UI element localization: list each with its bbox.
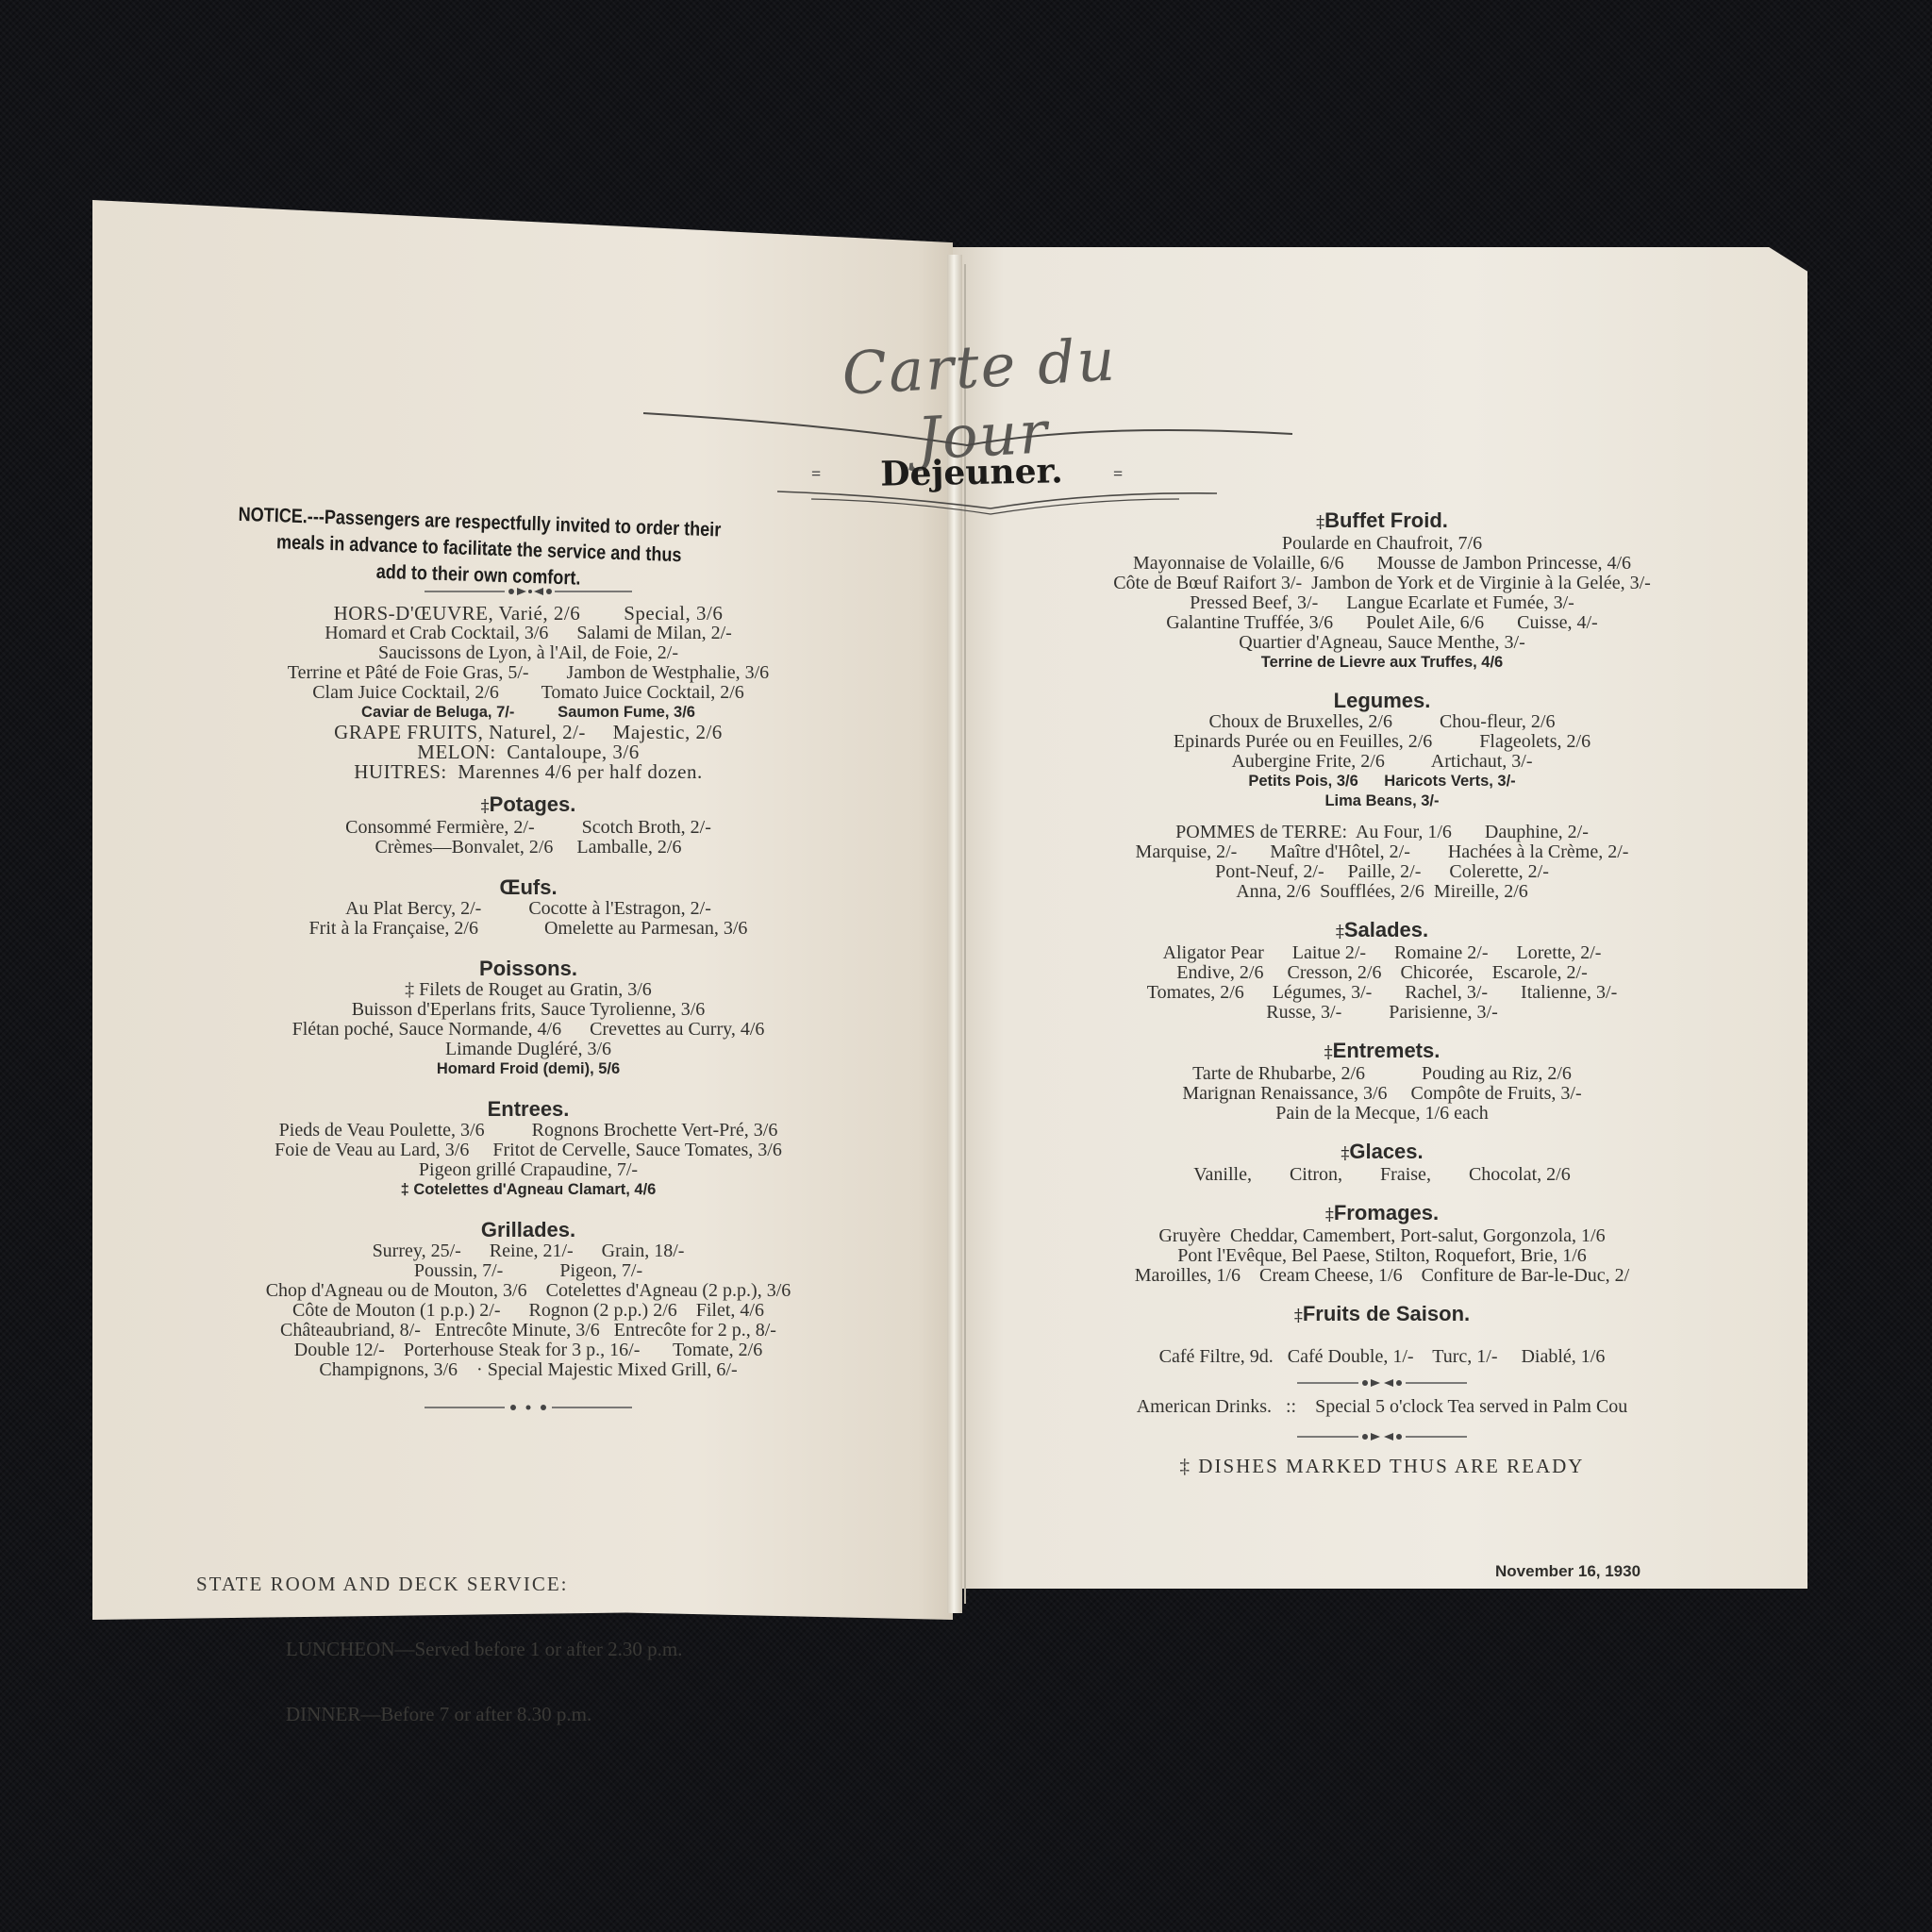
menu-section: ‡Entremets.Tarte de Rhubarbe, 2/6 Poudin…	[1057, 1040, 1707, 1124]
right-column: ‡Buffet Froid.Poularde en Chaufroit, 7/6…	[1057, 498, 1707, 1476]
section-heading: Grillades.	[184, 1219, 873, 1241]
service-luncheon: LUNCHEON—Served before 1 or after 2.30 p…	[196, 1639, 682, 1660]
section-heading: ‡Entremets.	[1057, 1040, 1707, 1064]
menu-section: ‡Salades.Aligator Pear Laitue 2/- Romain…	[1057, 919, 1707, 1023]
menu-item-line	[1057, 1327, 1707, 1347]
service-hours: STATE ROOM AND DECK SERVICE: LUNCHEON—Se…	[196, 1530, 682, 1747]
section-heading: ‡Potages.	[184, 793, 873, 818]
section-title: Fromages.	[1334, 1201, 1439, 1224]
section-title: Potages.	[490, 792, 576, 816]
service-heading: STATE ROOM AND DECK SERVICE:	[196, 1574, 682, 1595]
section-title: Salades.	[1344, 918, 1428, 941]
menu-item-line: Limande Dugléré, 3/6	[184, 1040, 873, 1059]
menu-item-line: Pont l'Evêque, Bel Paese, Stilton, Roque…	[1057, 1246, 1707, 1266]
menu-item-line: Aligator Pear Laitue 2/- Romaine 2/- Lor…	[1057, 943, 1707, 963]
menu-item-line: HUITRES: Marennes 4/6 per half dozen.	[184, 762, 873, 782]
ready-marker-icon: ‡	[1325, 1205, 1334, 1224]
menu-item-line: Anna, 2/6 Soufflées, 2/6 Mireille, 2/6	[1057, 882, 1707, 902]
menu-item-line: Caviar de Beluga, 7/- Saumon Fume, 3/6	[184, 703, 873, 723]
section-heading: Entrees.	[184, 1098, 873, 1121]
menu-item-line: Maroilles, 1/6 Cream Cheese, 1/6 Confitu…	[1057, 1266, 1707, 1286]
menu-section: Œufs.Au Plat Bercy, 2/- Cocotte à l'Estr…	[184, 876, 873, 939]
service-dinner: DINNER—Before 7 or after 8.30 p.m.	[196, 1704, 682, 1725]
menu-item-line: Choux de Bruxelles, 2/6 Chou-fleur, 2/6	[1057, 712, 1707, 732]
menu-section: ‡Potages.Consommé Fermière, 2/- Scotch B…	[184, 793, 873, 858]
menu-item-line: Double 12/- Porterhouse Steak for 3 p., …	[184, 1341, 873, 1360]
menu-item-line: Pieds de Veau Poulette, 3/6 Rognons Broc…	[184, 1121, 873, 1141]
menu-item-line: Pain de la Mecque, 1/6 each	[1057, 1104, 1707, 1124]
section-heading: ‡Fruits de Saison.	[1057, 1303, 1707, 1327]
section-title: Entrees.	[488, 1097, 570, 1121]
section-heading: ‡Fromages.	[1057, 1202, 1707, 1226]
menu-section: Poissons.‡ Filets de Rouget au Gratin, 3…	[184, 958, 873, 1079]
section-title: Glaces.	[1349, 1140, 1423, 1163]
menu-item-line: Lima Beans, 3/-	[1057, 791, 1707, 811]
menu-item-line: Endive, 2/6 Cresson, 2/6 Chicorée, Escar…	[1057, 963, 1707, 983]
menu-item-line: Buisson d'Eperlans frits, Sauce Tyrolien…	[184, 1000, 873, 1020]
notice: NOTICE.---Passengers are respectfully in…	[182, 500, 776, 598]
ready-marker-icon: ‡	[1316, 512, 1324, 532]
section-heading: ‡Buffet Froid.	[1057, 509, 1707, 534]
ready-marker-icon: ‡	[481, 796, 490, 816]
menu-item-line: Café Filtre, 9d. Café Double, 1/- Turc, …	[1057, 1347, 1707, 1367]
menu-item-line: MELON: Cantaloupe, 3/6	[184, 742, 873, 762]
menu-item-line: Petits Pois, 3/6 Haricots Verts, 3/-	[1057, 772, 1707, 791]
ready-marker-icon: ‡	[1336, 922, 1344, 941]
menu-section: Legumes.Choux de Bruxelles, 2/6 Chou-fle…	[1057, 690, 1707, 811]
menu-section: ‡Fruits de Saison. Café Filtre, 9d. Café…	[1057, 1303, 1707, 1367]
ornamental-divider-icon	[425, 1401, 632, 1414]
ornamental-divider-icon	[1297, 1430, 1467, 1443]
drinks-note: American Drinks. :: Special 5 o'clock Te…	[1057, 1397, 1707, 1417]
menu-item-line: Clam Juice Cocktail, 2/6 Tomato Juice Co…	[184, 683, 873, 703]
menu-item-line: Poularde en Chaufroit, 7/6	[1057, 534, 1707, 554]
ready-marker-icon: ‡	[1341, 1143, 1349, 1163]
menu-item-line: Gruyère Cheddar, Camembert, Port-salut, …	[1057, 1226, 1707, 1246]
menu-item-line: Côte de Mouton (1 p.p.) 2/- Rognon (2 p.…	[184, 1301, 873, 1321]
menu-item-line: POMMES de TERRE: Au Four, 1/6 Dauphine, …	[1057, 823, 1707, 842]
menu-item-line: Poussin, 7/- Pigeon, 7/-	[184, 1261, 873, 1281]
menu-item-line: Chop d'Agneau ou de Mouton, 3/6 Cotelett…	[184, 1281, 873, 1301]
menu-section: POMMES de TERRE: Au Four, 1/6 Dauphine, …	[1057, 823, 1707, 902]
menu-section: Grillades.Surrey, 25/- Reine, 21/- Grain…	[184, 1219, 873, 1380]
menu-item-line: Crèmes—Bonvalet, 2/6 Lamballe, 2/6	[184, 838, 873, 858]
menu-section: ‡Glaces.Vanille, Citron, Fraise, Chocola…	[1057, 1141, 1707, 1185]
menu-item-line: Tomates, 2/6 Légumes, 3/- Rachel, 3/- It…	[1057, 983, 1707, 1003]
menu-item-line: Surrey, 25/- Reine, 21/- Grain, 18/-	[184, 1241, 873, 1261]
left-column: NOTICE.---Passengers are respectfully in…	[184, 500, 873, 1420]
menu-item-line: Marignan Renaissance, 3/6 Compôte de Fru…	[1057, 1084, 1707, 1104]
ornamental-divider-icon	[1297, 1376, 1467, 1390]
menu-item-line: Mayonnaise de Volaille, 6/6 Mousse de Ja…	[1057, 554, 1707, 574]
section-title: Fruits de Saison.	[1303, 1302, 1470, 1325]
section-title: Grillades.	[481, 1218, 575, 1241]
section-heading: ‡Salades.	[1057, 919, 1707, 943]
menu-item-line: ‡ Cotelettes d'Agneau Clamart, 4/6	[184, 1180, 873, 1200]
ready-footnote: ‡ DISHES MARKED THUS ARE READY	[1057, 1457, 1707, 1476]
section-title: Legumes.	[1334, 689, 1431, 712]
section-title: Poissons.	[479, 957, 577, 980]
menu-item-line: Homard et Crab Cocktail, 3/6 Salami de M…	[184, 624, 873, 643]
section-title: Entremets.	[1333, 1039, 1441, 1062]
menu-item-line: Marquise, 2/- Maître d'Hôtel, 2/- Hachée…	[1057, 842, 1707, 862]
menu-item-line: Flétan poché, Sauce Normande, 4/6 Crevet…	[184, 1020, 873, 1040]
ready-marker-icon: ‡	[1294, 1306, 1303, 1325]
section-heading: Poissons.	[184, 958, 873, 980]
menu-item-line: Terrine de Lievre aux Truffes, 4/6	[1057, 653, 1707, 673]
menu-item-line: Champignons, 3/6 · Special Majestic Mixe…	[184, 1360, 873, 1380]
menu-section: ‡Buffet Froid.Poularde en Chaufroit, 7/6…	[1057, 509, 1707, 673]
menu-item-line: Vanille, Citron, Fraise, Chocolat, 2/6	[1057, 1165, 1707, 1185]
menu-item-line: Consommé Fermière, 2/- Scotch Broth, 2/-	[184, 818, 873, 838]
section-heading: ‡Glaces.	[1057, 1141, 1707, 1165]
menu-item-line: HORS-D'ŒUVRE, Varié, 2/6 Special, 3/6	[184, 604, 873, 624]
menu-item-line: Russe, 3/- Parisienne, 3/-	[1057, 1003, 1707, 1023]
menu-item-line: Foie de Veau au Lard, 3/6 Fritot de Cerv…	[184, 1141, 873, 1160]
menu-item-line: Homard Froid (demi), 5/6	[184, 1059, 873, 1079]
menu-item-line: Quartier d'Agneau, Sauce Menthe, 3/-	[1057, 633, 1707, 653]
section-heading: Legumes.	[1057, 690, 1707, 712]
menu-section: Entrees.Pieds de Veau Poulette, 3/6 Rogn…	[184, 1098, 873, 1200]
right-sections: ‡Buffet Froid.Poularde en Chaufroit, 7/6…	[1057, 509, 1707, 1367]
menu-date: November 16, 1930	[1495, 1562, 1641, 1581]
subtitle-ornament-left: =	[811, 464, 821, 484]
menu-item-line: Aubergine Frite, 2/6 Artichaut, 3/-	[1057, 752, 1707, 772]
hors-doeuvre-section: HORS-D'ŒUVRE, Varié, 2/6 Special, 3/6Hom…	[184, 604, 873, 782]
ready-marker-icon: ‡	[1324, 1042, 1333, 1062]
menu-item-line: ‡ Filets de Rouget au Gratin, 3/6	[184, 980, 873, 1000]
menu-section: ‡Fromages.Gruyère Cheddar, Camembert, Po…	[1057, 1202, 1707, 1286]
menu-item-line: Terrine et Pâté de Foie Gras, 5/- Jambon…	[184, 663, 873, 683]
menu-item-line: Saucissons de Lyon, à l'Ail, de Foie, 2/…	[184, 643, 873, 663]
section-heading: Œufs.	[184, 876, 873, 899]
menu-item-line: Au Plat Bercy, 2/- Cocotte à l'Estragon,…	[184, 899, 873, 919]
menu-item-line: Tarte de Rhubarbe, 2/6 Pouding au Riz, 2…	[1057, 1064, 1707, 1084]
menu-item-line: Pressed Beef, 3/- Langue Ecarlate et Fum…	[1057, 593, 1707, 613]
subtitle-ornament-right: =	[1113, 464, 1123, 484]
section-title: Buffet Froid.	[1324, 508, 1448, 532]
menu-item-line: Pont-Neuf, 2/- Paille, 2/- Colerette, 2/…	[1057, 862, 1707, 882]
section-title: Œufs.	[499, 875, 557, 899]
menu-item-line: Galantine Truffée, 3/6 Poulet Aile, 6/6 …	[1057, 613, 1707, 633]
menu-item-line: Châteaubriand, 8/- Entrecôte Minute, 3/6…	[184, 1321, 873, 1341]
menu-item-line: GRAPE FRUITS, Naturel, 2/- Majestic, 2/6	[184, 723, 873, 742]
menu-item-line: Côte de Bœuf Raifort 3/- Jambon de York …	[1057, 574, 1707, 593]
left-sections: ‡Potages.Consommé Fermière, 2/- Scotch B…	[184, 793, 873, 1380]
menu-item-line: Epinards Purée ou en Feuilles, 2/6 Flage…	[1057, 732, 1707, 752]
menu-item-line: Pigeon grillé Crapaudine, 7/-	[184, 1160, 873, 1180]
menu-item-line: Frit à la Française, 2/6 Omelette au Par…	[184, 919, 873, 939]
